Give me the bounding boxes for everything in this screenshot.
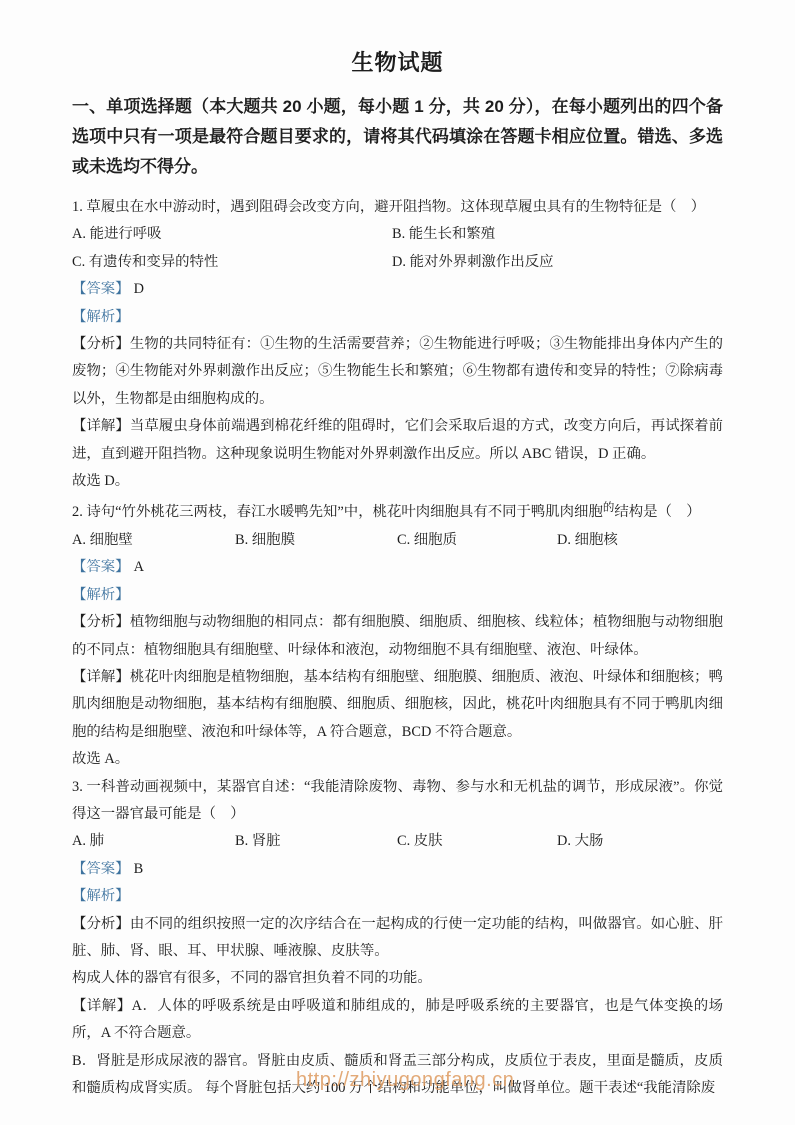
section-instructions: 一、单项选择题（本大题共 20 小题，每小题 1 分，共 20 分），在每小题列… (72, 92, 723, 182)
question-1-answer-line: 【答案】D (72, 276, 723, 303)
answer-value: B (134, 861, 144, 877)
question-2-option-c: C. 细胞质 (397, 527, 557, 554)
question-2-stem: 2. 诗句“竹外桃花三两枝，春江水暖鸭先知”中，桃花叶肉细胞具有不同于鸭肌肉细胞… (72, 495, 723, 526)
question-1-detail-paragraph: 【详解】当草履虫身体前端遇到棉花纤维的阻碍时，它们会采取后退的方式，改变方向后，… (72, 413, 723, 468)
question-2-stem-superscript: 的 (603, 502, 615, 514)
question-1-option-c: C. 有遗传和变异的特性 (72, 249, 392, 276)
question-2-options: A. 细胞壁 B. 细胞膜 C. 细胞质 D. 细胞核 (72, 527, 723, 554)
question-1-option-a: A. 能进行呼吸 (72, 221, 392, 248)
question-3-option-a: A. 肺 (72, 828, 235, 855)
watermark-url: http://zhiyugongfang.cn (296, 1069, 514, 1092)
question-3-options: A. 肺 B. 肾脏 C. 皮肤 D. 大肠 (72, 828, 723, 855)
question-1-explanation-line: 【解析】 (72, 304, 723, 331)
exam-title: 生物试题 (72, 50, 723, 76)
question-2-analysis-paragraph: 【分析】植物细胞与动物细胞的相同点：都有细胞膜、细胞质、细胞核、线粒体；植物细胞… (72, 609, 723, 664)
explanation-label: 【解析】 (72, 888, 130, 904)
exam-document-page: 生物试题 一、单项选择题（本大题共 20 小题，每小题 1 分，共 20 分），… (0, 0, 795, 1125)
question-3-option-b: B. 肾脏 (235, 828, 397, 855)
answer-label: 【答案】 (72, 861, 130, 877)
question-2: 2. 诗句“竹外桃花三两枝，春江水暖鸭先知”中，桃花叶肉细胞具有不同于鸭肌肉细胞… (72, 495, 723, 773)
question-1-options: A. 能进行呼吸 B. 能生长和繁殖 C. 有遗传和变异的特性 D. 能对外界刺… (72, 221, 723, 276)
question-2-detail-paragraph: 【详解】桃花叶肉细胞是植物细胞，基本结构有细胞壁、细胞膜、细胞质、液泡、叶绿体和… (72, 664, 723, 746)
question-2-conclusion-line: 故选 A。 (72, 746, 723, 773)
question-3-analysis-extra-paragraph: 构成人体的器官有很多，不同的器官担负着不同的功能。 (72, 965, 723, 992)
question-1-option-b: B. 能生长和繁殖 (392, 221, 723, 248)
question-2-option-d: D. 细胞核 (557, 527, 723, 554)
answer-label: 【答案】 (72, 559, 130, 575)
question-2-option-b: B. 细胞膜 (235, 527, 397, 554)
question-3-stem: 3. 一科普动画视频中，某器官自述：“我能清除废物、毒物、参与水和无机盐的调节，… (72, 774, 723, 829)
question-1: 1. 草履虫在水中游动时，遇到阻碍会改变方向，避开阻挡物。这体现草履虫具有的生物… (72, 194, 723, 495)
question-2-stem-tail: 结构是（ ） (614, 504, 700, 520)
question-2-answer-line: 【答案】A (72, 554, 723, 581)
explanation-label: 【解析】 (72, 587, 130, 603)
question-3: 3. 一科普动画视频中，某器官自述：“我能清除废物、毒物、参与水和无机盐的调节，… (72, 774, 723, 1103)
question-1-option-d: D. 能对外界刺激作出反应 (392, 249, 723, 276)
question-1-stem: 1. 草履虫在水中游动时，遇到阻碍会改变方向，避开阻挡物。这体现草履虫具有的生物… (72, 194, 723, 221)
question-3-option-c: C. 皮肤 (397, 828, 557, 855)
explanation-label: 【解析】 (72, 309, 130, 325)
question-3-detail-paragraph-a: 【详解】A．人体的呼吸系统是由呼吸道和肺组成的，肺是呼吸系统的主要器官，也是气体… (72, 993, 723, 1048)
answer-value: D (134, 281, 144, 297)
question-3-explanation-line: 【解析】 (72, 883, 723, 910)
question-1-analysis-paragraph: 【分析】生物的共同特征有：①生物的生活需要营养；②生物能进行呼吸；③生物能排出身… (72, 331, 723, 413)
question-2-stem-text: 2. 诗句“竹外桃花三两枝，春江水暖鸭先知”中，桃花叶肉细胞具有不同于鸭肌肉细胞 (72, 504, 603, 520)
question-3-option-d: D. 大肠 (557, 828, 723, 855)
answer-value: A (134, 559, 144, 575)
question-2-option-a: A. 细胞壁 (72, 527, 235, 554)
question-1-conclusion-line: 故选 D。 (72, 468, 723, 495)
answer-label: 【答案】 (72, 281, 130, 297)
question-3-analysis-paragraph: 【分析】由不同的组织按照一定的次序结合在一起构成的行使一定功能的结构，叫做器官。… (72, 911, 723, 966)
question-2-explanation-line: 【解析】 (72, 582, 723, 609)
question-3-answer-line: 【答案】B (72, 856, 723, 883)
